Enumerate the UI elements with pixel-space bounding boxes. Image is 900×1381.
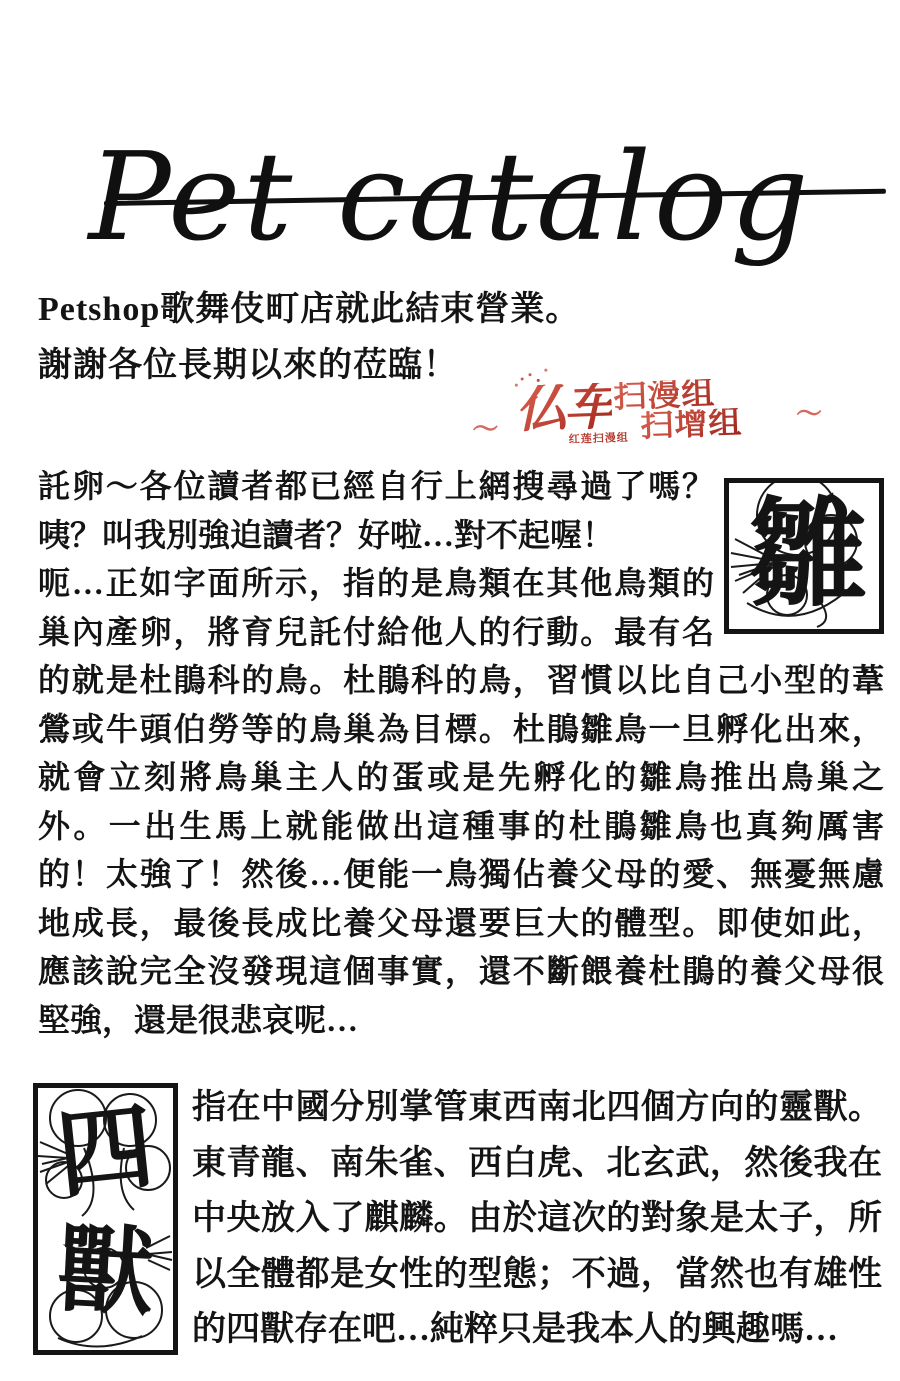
- body-line: 就會立刻將鳥巢主人的蛋或是先孵化的雛鳥推出鳥巢之: [38, 753, 884, 802]
- chick-stamp-box: 雛: [724, 478, 884, 634]
- body-line: 的四獸存在吧…純粹只是我本人的興趣嗎…: [192, 1302, 882, 1358]
- body-line: 的！太強了！然後…便能一鳥獨佔養父母的愛、無憂無慮: [38, 850, 884, 899]
- chick-stamp-character: 雛: [737, 497, 879, 615]
- body-line: 東青龍、南朱雀、西白虎、北玄武，然後我在: [192, 1136, 882, 1192]
- watermark-big-text: 仏车: [515, 382, 613, 435]
- cuckoo-section: 託卵～各位讀者都已經自行上網搜尋過了嗎？ 咦？叫我別強迫讀者？好啦…對不起喔！ …: [38, 462, 884, 1044]
- cuckoo-paragraph-wide: 的就是杜鵑科的鳥。杜鵑科的鳥，習慣以比自己小型的葦 鶯或牛頭伯勞等的鳥巢為目標。…: [38, 656, 884, 1044]
- body-line: 鶯或牛頭伯勞等的鳥巢為目標。杜鵑雛鳥一旦孵化出來，: [38, 705, 884, 754]
- body-line: 中央放入了麒麟。由於這次的對象是太子，所: [192, 1191, 882, 1247]
- announcement-paragraph: Petshop歌舞伎町店就此結束營業。 謝謝各位長期以來的莅臨！: [38, 282, 738, 394]
- body-line: 巢內產卵，將育兒託付給他人的行動。最有名: [38, 608, 714, 657]
- scanlation-watermark-logo: ～ 仏车 扫漫组 扫增组 红莲扫漫组 ～: [515, 376, 787, 453]
- body-line: 的就是杜鵑科的鳥。杜鵑科的鳥，習慣以比自己小型的葦: [38, 656, 884, 705]
- body-line: 地成長，最後長成比養父母還要巨大的體型。即使如此，: [38, 899, 884, 948]
- page: { "page": {"background": "#ffffff", "ink…: [0, 0, 900, 1381]
- four-beasts-section: 四 獸 指在中國分別掌管東西南北四個方向的靈獸。 東青龍、南朱雀、西白虎、北玄武…: [33, 1080, 883, 1358]
- four-beasts-stamp-character-top: 四: [33, 1097, 177, 1207]
- body-line: 指在中國分別掌管東西南北四個方向的靈獸。: [192, 1080, 882, 1136]
- cuckoo-paragraph-narrow: 託卵～各位讀者都已經自行上網搜尋過了嗎？ 咦？叫我別強迫讀者？好啦…對不起喔！ …: [38, 462, 714, 656]
- speckle-ornament: [521, 377, 524, 380]
- body-line: 託卵～各位讀者都已經自行上網搜尋過了嗎？: [38, 462, 714, 511]
- body-line: 咦？叫我別強迫讀者？好啦…對不起喔！: [38, 511, 714, 560]
- announcement-line: Petshop歌舞伎町店就此結束營業。: [38, 282, 738, 338]
- watermark-line-bottom: 扫增组: [640, 408, 743, 442]
- four-beasts-stamp-box: 四 獸: [33, 1083, 178, 1355]
- watermark-subtext: 红莲扫漫组: [569, 429, 630, 447]
- four-beasts-stamp-character-bottom: 獸: [36, 1221, 176, 1324]
- body-line: 外。一出生馬上就能做出這種事的杜鵑雛鳥也真夠厲害: [38, 802, 884, 851]
- swash-ornament-right: ～: [795, 393, 822, 431]
- four-beasts-paragraph: 指在中國分別掌管東西南北四個方向的靈獸。 東青龍、南朱雀、西白虎、北玄武，然後我…: [192, 1080, 882, 1358]
- body-line: 呃…正如字面所示，指的是鳥類在其他鳥類的: [38, 559, 714, 608]
- swash-ornament-left: ～: [472, 408, 499, 446]
- body-line: 以全體都是女性的型態；不過，當然也有雄性: [192, 1247, 882, 1303]
- body-line: 堅強，還是很悲哀呢…: [38, 996, 884, 1045]
- body-line: 應該說完全沒發現這個事實，還不斷餵養杜鵑的養父母很: [38, 947, 884, 996]
